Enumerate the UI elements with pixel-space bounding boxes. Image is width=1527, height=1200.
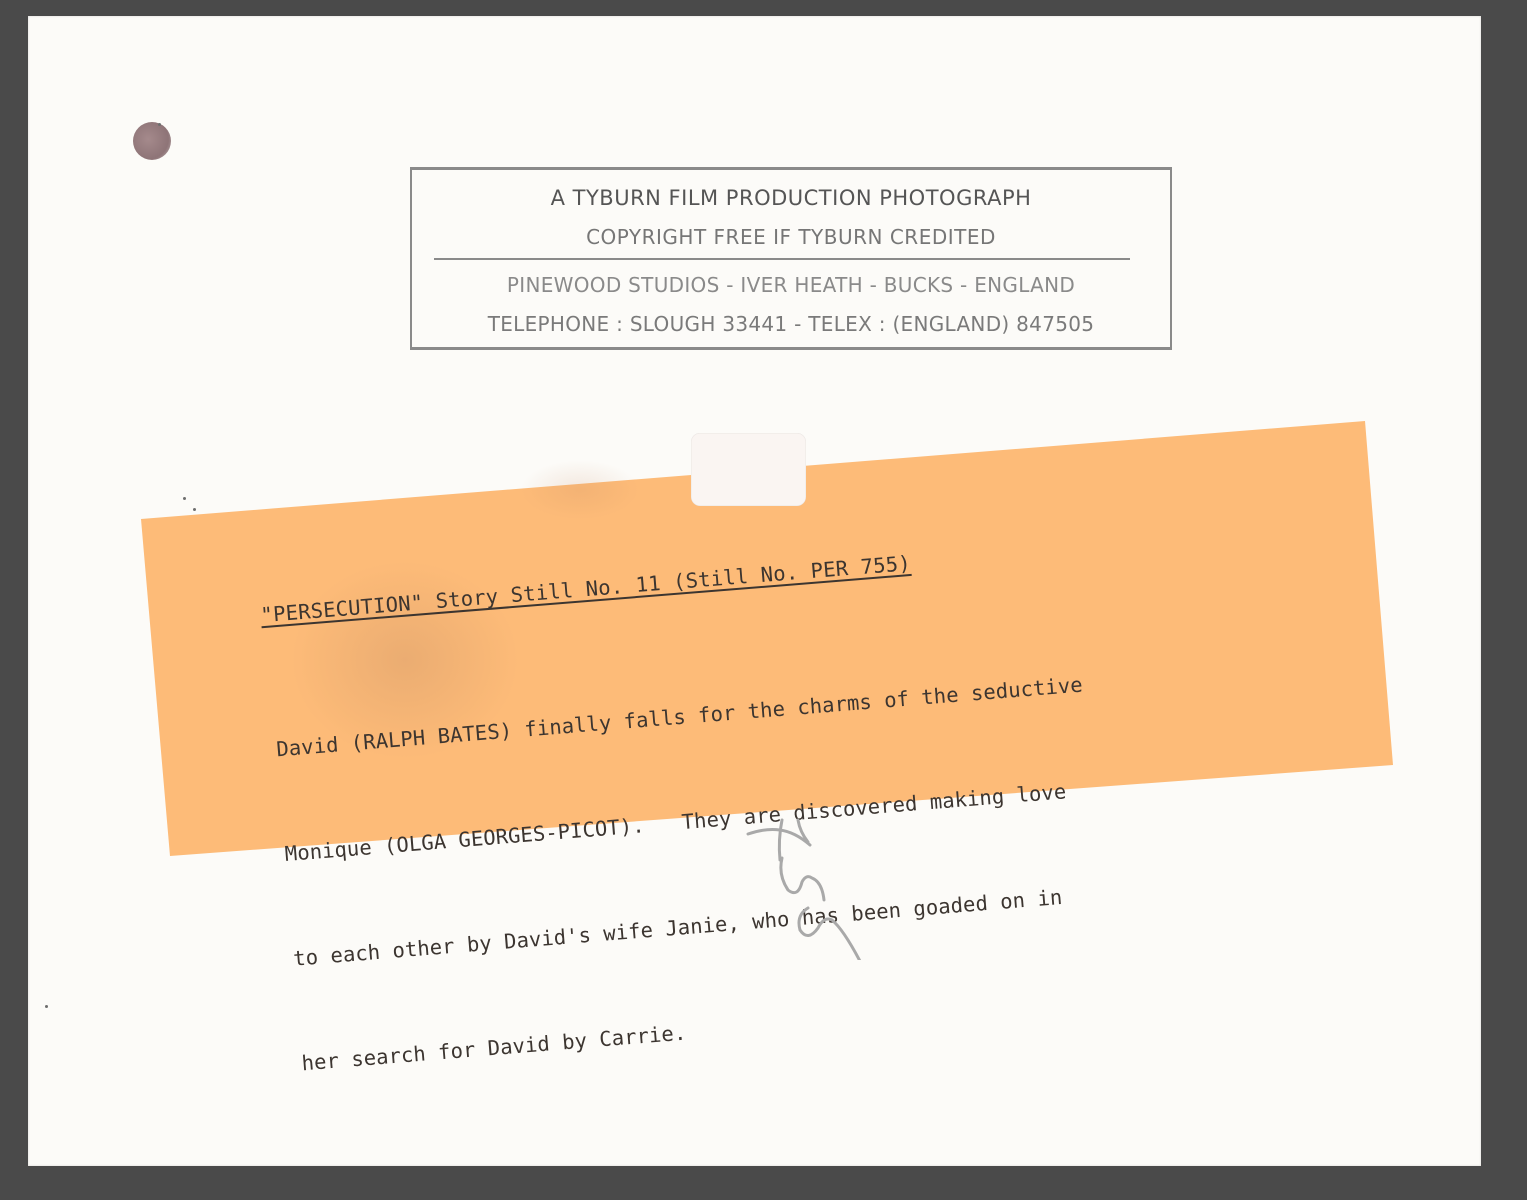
speck [183,497,186,500]
speck [193,508,196,511]
stain [520,460,640,520]
studio-stamp: A TYBURN FILM PRODUCTION PHOTOGRAPH COPY… [410,167,1172,350]
caption-line: Monique (OLGA GEORGES-PICOT). They are d… [283,772,1092,872]
punch-hole [133,122,171,160]
speck [158,123,161,126]
stamp-address: PINEWOOD STUDIOS - IVER HEATH - BUCKS - … [412,273,1170,297]
stamp-copyright: COPYRIGHT FREE IF TYBURN CREDITED [412,225,1170,249]
handwritten-pencil-note [720,790,870,960]
stamp-title: A TYBURN FILM PRODUCTION PHOTOGRAPH [412,186,1170,210]
speck [45,1005,48,1008]
label-tab-cutout [691,433,806,506]
stamp-telephone: TELEPHONE : SLOUGH 33441 - TELEX : (ENGL… [412,312,1170,336]
caption-text: "PERSECUTION" Story Still No. 11 (Still … [262,505,1112,1116]
caption-line: David (RALPH BATES) finally falls for th… [275,668,1084,768]
stamp-divider [434,258,1130,260]
caption-line: to each other by David's wife Janie, who… [292,877,1101,977]
